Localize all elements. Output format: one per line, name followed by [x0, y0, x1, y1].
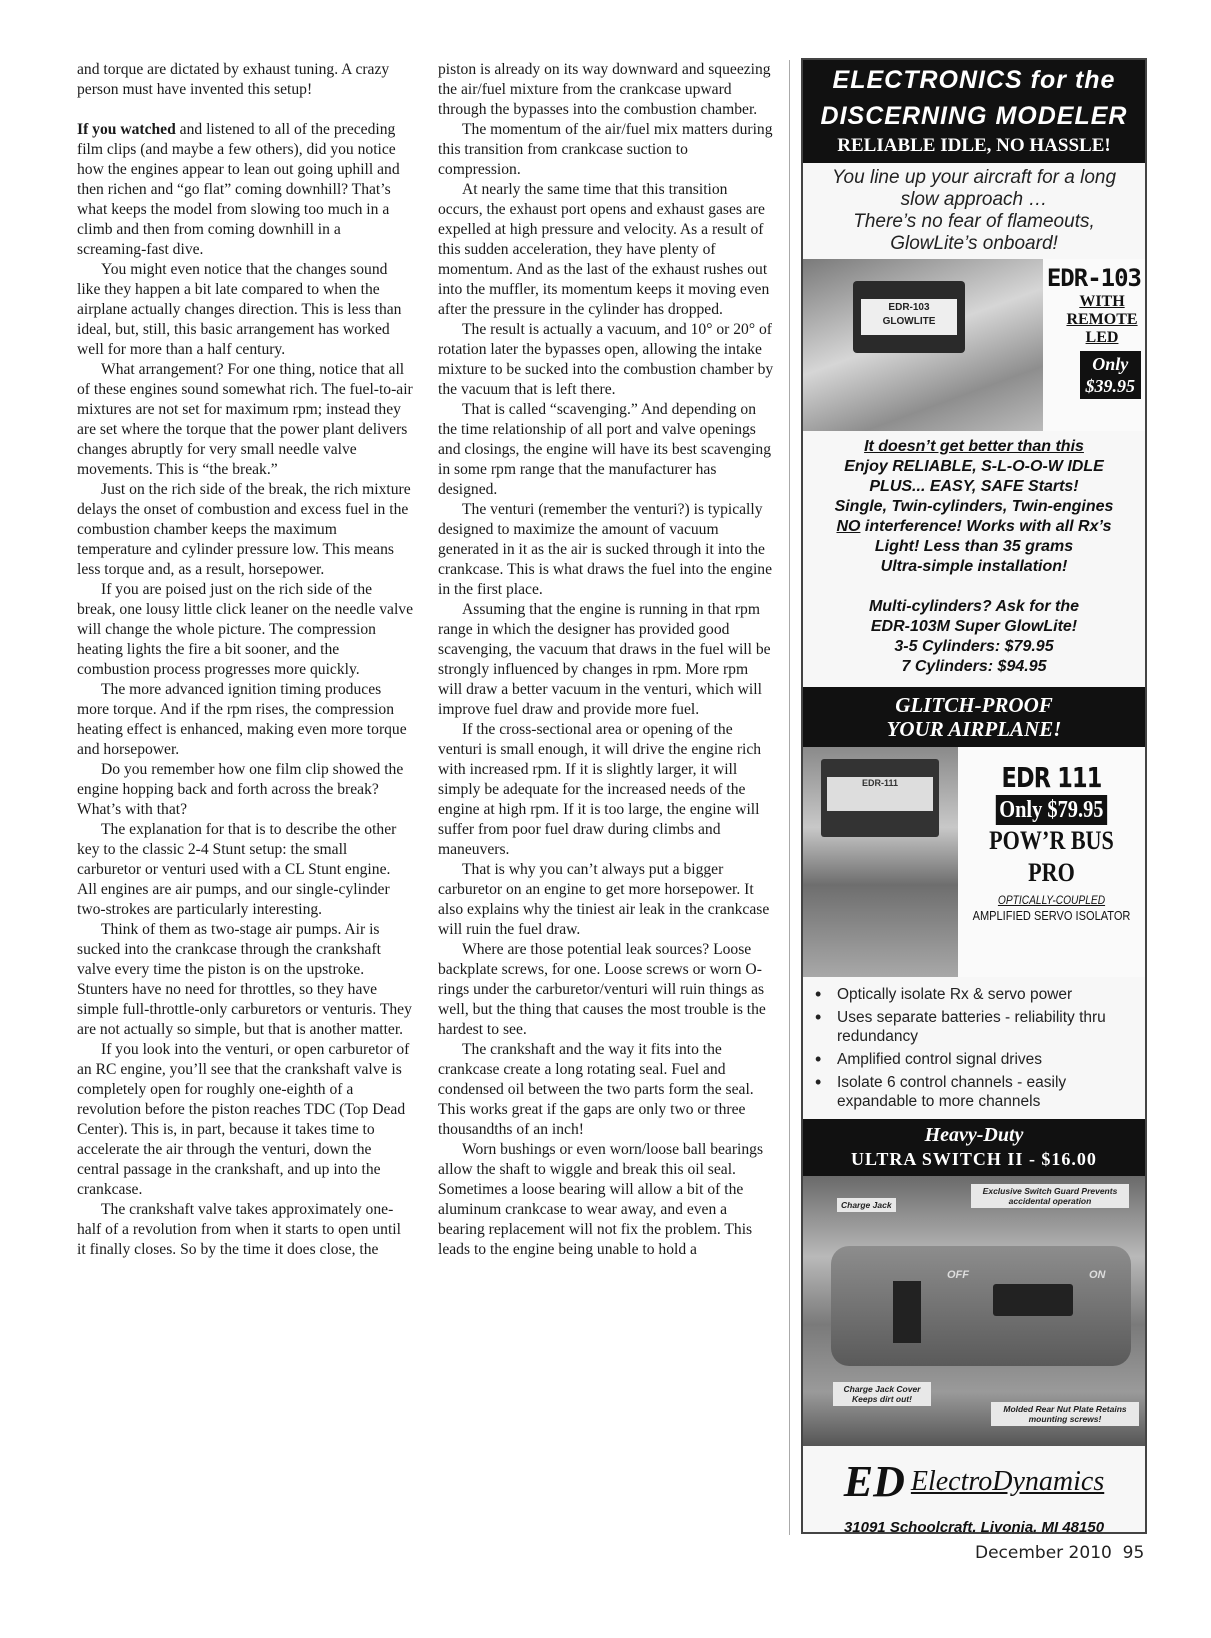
feature-text: interference! Works with all Rx’s — [860, 518, 1111, 535]
article-paragraph: Worn bushings or even worn/loose ball be… — [438, 1140, 774, 1260]
product2-model: EDR 111 — [977, 761, 1127, 795]
product2-desc: OPTICALLY-COUPLED — [972, 893, 1131, 908]
tagline: It doesn’t get better than this — [807, 437, 1141, 457]
article-paragraph: What arrangement? For one thing, notice … — [77, 360, 413, 480]
paragraph-text: What arrangement? For one thing, notice … — [77, 361, 413, 478]
article-paragraph: You might even notice that the changes s… — [77, 260, 413, 360]
bullet-item: Isolate 6 control channels - easily expa… — [813, 1073, 1139, 1111]
electrodynamics-advertisement: ELECTRONICS for the DISCERNING MODELER R… — [801, 58, 1147, 1534]
paragraph-text: Think of them as two-stage air pumps. Ai… — [77, 921, 412, 1038]
page-number: 95 — [1123, 1543, 1145, 1563]
product1-model: EDR-103 — [1043, 263, 1141, 293]
intro-line: GlowLite’s onboard! — [807, 233, 1141, 255]
brand-block: ED ElectroDynamics 31091 Schoolcraft, Li… — [803, 1446, 1145, 1534]
paragraph-text: Just on the rich side of the break, the … — [77, 481, 411, 578]
paragraph-text: At nearly the same time that this transi… — [438, 181, 769, 318]
heading-line: GLITCH-PROOF — [803, 693, 1145, 717]
switch-guard-icon — [993, 1284, 1073, 1316]
intro-line: slow approach … — [807, 189, 1141, 211]
paragraph-text: Worn bushings or even worn/loose ball be… — [438, 1141, 763, 1258]
article-paragraph: If you watched and listened to all of th… — [77, 120, 413, 260]
ad-headline-1: ELECTRONICS for the — [803, 60, 1145, 96]
paragraph-text: and torque are dictated by exhaust tunin… — [77, 61, 389, 98]
ad-subheadline: RELIABLE IDLE, NO HASSLE! — [803, 132, 1145, 163]
article-paragraph: and torque are dictated by exhaust tunin… — [77, 60, 413, 100]
product2-name: POW’R BUS — [972, 825, 1131, 857]
article-paragraph: Just on the rich side of the break, the … — [77, 480, 413, 580]
feature-line: Ultra-simple installation! — [807, 557, 1141, 577]
callout-charge-jack: Charge Jack — [837, 1198, 896, 1212]
paragraph-text: Assuming that the engine is running in t… — [438, 601, 771, 718]
article-paragraph: If you look into the venturi, or open ca… — [77, 1040, 413, 1200]
feature-line: Light! Less than 35 grams — [807, 537, 1141, 557]
paragraph-text: If you look into the venturi, or open ca… — [77, 1041, 409, 1198]
callout-nut-plate: Molded Rear Nut Plate Retains mounting s… — [991, 1402, 1139, 1426]
article-paragraph: The more advanced ignition timing produc… — [77, 680, 413, 760]
feature-line: NO interference! Works with all Rx’s — [807, 517, 1141, 537]
paragraph-text: You might even notice that the changes s… — [77, 261, 401, 358]
glowlite-device-label: EDR-103 GLOWLITE — [861, 299, 957, 335]
glitch-proof-heading: GLITCH-PROOF YOUR AIRPLANE! — [803, 687, 1145, 747]
glowlite-photo: EDR-103 GLOWLITE — [803, 259, 1043, 431]
switch-off-label: OFF — [943, 1268, 973, 1282]
ultra-switch-heading: Heavy-Duty ULTRA SWITCH II - $16.00 — [803, 1119, 1145, 1176]
page-footer: December 2010 95 — [975, 1543, 1144, 1563]
paragraph-text: If the cross-sectional area or opening o… — [438, 721, 761, 858]
bullet-item: Optically isolate Rx & servo power — [813, 985, 1139, 1004]
article-column-2: piston is already on its way downward an… — [438, 60, 774, 1260]
ed-logo-icon: ED — [844, 1458, 905, 1506]
ad-headline-2: DISCERNING MODELER — [803, 96, 1145, 132]
paragraph-text: The explanation for that is to describe … — [77, 821, 396, 918]
brand-address: 31091 Schoolcraft, Livonia, MI 48150 — [803, 1518, 1145, 1534]
article-paragraph: Where are those potential leak sources? … — [438, 940, 774, 1040]
product2-desc: AMPLIFIED SERVO ISOLATOR — [972, 908, 1131, 924]
product2-price-badge: Only $79.95 — [996, 795, 1107, 825]
paragraph-text: That is called “scavenging.” And dependi… — [438, 401, 771, 498]
product1-feature: WITH — [1043, 293, 1141, 311]
paragraph-text: The result is actually a vacuum, and 10°… — [438, 321, 773, 398]
callout-switch-guard: Exclusive Switch Guard Prevents accident… — [971, 1184, 1129, 1208]
article-paragraph: The crankshaft valve takes approximately… — [77, 1200, 413, 1260]
multi-price: 7 Cylinders: $94.95 — [807, 657, 1141, 677]
no-emphasis: NO — [836, 518, 860, 535]
article-paragraph: Assuming that the engine is running in t… — [438, 600, 774, 720]
device-label-line: GLOWLITE — [861, 315, 957, 329]
paragraph-text: The crankshaft and the way it fits into … — [438, 1041, 754, 1138]
product-edr103: EDR-103 GLOWLITE EDR-103 WITH REMOTE LED… — [803, 259, 1145, 431]
paragraph-text: Do you remember how one film clip showed… — [77, 761, 403, 818]
device-label-line: EDR-103 — [861, 301, 957, 315]
paragraph-text: That is why you can’t always put a bigge… — [438, 861, 769, 938]
article-paragraph: The momentum of the air/fuel mix matters… — [438, 120, 774, 180]
heading-line: ULTRA SWITCH II - $16.00 — [803, 1147, 1145, 1176]
article-column-1: and torque are dictated by exhaust tunin… — [77, 60, 413, 1260]
powr-bus-device-label: EDR-111 — [827, 777, 933, 811]
article-paragraph: If you are poised just on the rich side … — [77, 580, 413, 680]
product-edr111: EDR-111 EDR 111 Only $79.95 POW’R BUS PR… — [803, 747, 1145, 977]
price-value: $39.95 — [1086, 375, 1136, 397]
multi-line: EDR-103M Super GlowLite! — [807, 617, 1141, 637]
article-paragraph: The explanation for that is to describe … — [77, 820, 413, 920]
brand-logo: ED ElectroDynamics — [803, 1458, 1145, 1506]
issue-date: December 2010 — [975, 1543, 1112, 1563]
paragraph-text: If you are poised just on the rich side … — [77, 581, 413, 678]
intro-line: There’s no fear of flameouts, — [807, 211, 1141, 233]
bullet-item: Uses separate batteries - reliability th… — [813, 1008, 1139, 1046]
article-paragraph: If the cross-sectional area or opening o… — [438, 720, 774, 860]
article-paragraph: That is why you can’t always put a bigge… — [438, 860, 774, 940]
feature-line: Single, Twin-cylinders, Twin-engines — [807, 497, 1141, 517]
charge-jack-icon — [893, 1281, 921, 1343]
heading-line: Heavy-Duty — [803, 1119, 1145, 1147]
ad-intro: You line up your aircraft for a long slo… — [803, 163, 1145, 259]
article-paragraph: Think of them as two-stage air pumps. Ai… — [77, 920, 413, 1040]
product1-feature: REMOTE — [1043, 311, 1141, 329]
column-divider — [789, 60, 790, 1535]
feature-line: PLUS... EASY, SAFE Starts! — [807, 477, 1141, 497]
switch-on-label: ON — [1085, 1268, 1110, 1282]
heading-line: YOUR AIRPLANE! — [803, 717, 1145, 741]
ad-header: ELECTRONICS for the DISCERNING MODELER R… — [803, 60, 1145, 163]
product1-features: It doesn’t get better than this Enjoy RE… — [803, 431, 1145, 677]
bullet-item: Amplified control signal drives — [813, 1050, 1139, 1069]
article-paragraph: That is called “scavenging.” And dependi… — [438, 400, 774, 500]
product2-bullets: Optically isolate Rx & servo power Uses … — [803, 977, 1145, 1119]
brand-name: ElectroDynamics — [911, 1466, 1104, 1498]
paragraph-text: piston is already on its way downward an… — [438, 61, 771, 118]
product2-info: EDR 111 Only $79.95 POW’R BUS PRO OPTICA… — [958, 747, 1145, 977]
paragraph-text: Where are those potential leak sources? … — [438, 941, 766, 1038]
article-paragraph: The result is actually a vacuum, and 10°… — [438, 320, 774, 400]
multi-price: 3-5 Cylinders: $79.95 — [807, 637, 1141, 657]
price-label: Only — [1086, 353, 1136, 375]
feature-line: Enjoy RELIABLE, S-L-O-O-W IDLE — [807, 457, 1141, 477]
article-paragraph: Do you remember how one film clip showed… — [77, 760, 413, 820]
product1-info: EDR-103 WITH REMOTE LED Only $39.95 — [1043, 259, 1145, 431]
article-paragraph: At nearly the same time that this transi… — [438, 180, 774, 320]
lead-in: If you watched — [77, 121, 176, 138]
article-paragraph: The venturi (remember the venturi?) is t… — [438, 500, 774, 600]
paragraph-text: The crankshaft valve takes approximately… — [77, 1201, 401, 1258]
article-paragraph: The crankshaft and the way it fits into … — [438, 1040, 774, 1140]
ultra-switch-photo: Charge Jack Exclusive Switch Guard Preve… — [803, 1176, 1145, 1446]
paragraph-text: The venturi (remember the venturi?) is t… — [438, 501, 772, 598]
multi-line: Multi-cylinders? Ask for the — [807, 597, 1141, 617]
paragraph-text: and listened to all of the preceding fil… — [77, 121, 400, 258]
paragraph-text: The momentum of the air/fuel mix matters… — [438, 121, 773, 178]
intro-line: You line up your aircraft for a long — [807, 167, 1141, 189]
product1-feature: LED — [1043, 329, 1141, 347]
article-paragraph: piston is already on its way downward an… — [438, 60, 774, 120]
callout-jack-cover: Charge Jack Cover Keeps dirt out! — [833, 1382, 931, 1406]
powr-bus-photo: EDR-111 — [803, 747, 958, 977]
product2-name: PRO — [972, 857, 1131, 889]
product1-price-badge: Only $39.95 — [1080, 351, 1142, 399]
paragraph-text: The more advanced ignition timing produc… — [77, 681, 407, 758]
switch-plate-icon — [831, 1246, 1131, 1366]
